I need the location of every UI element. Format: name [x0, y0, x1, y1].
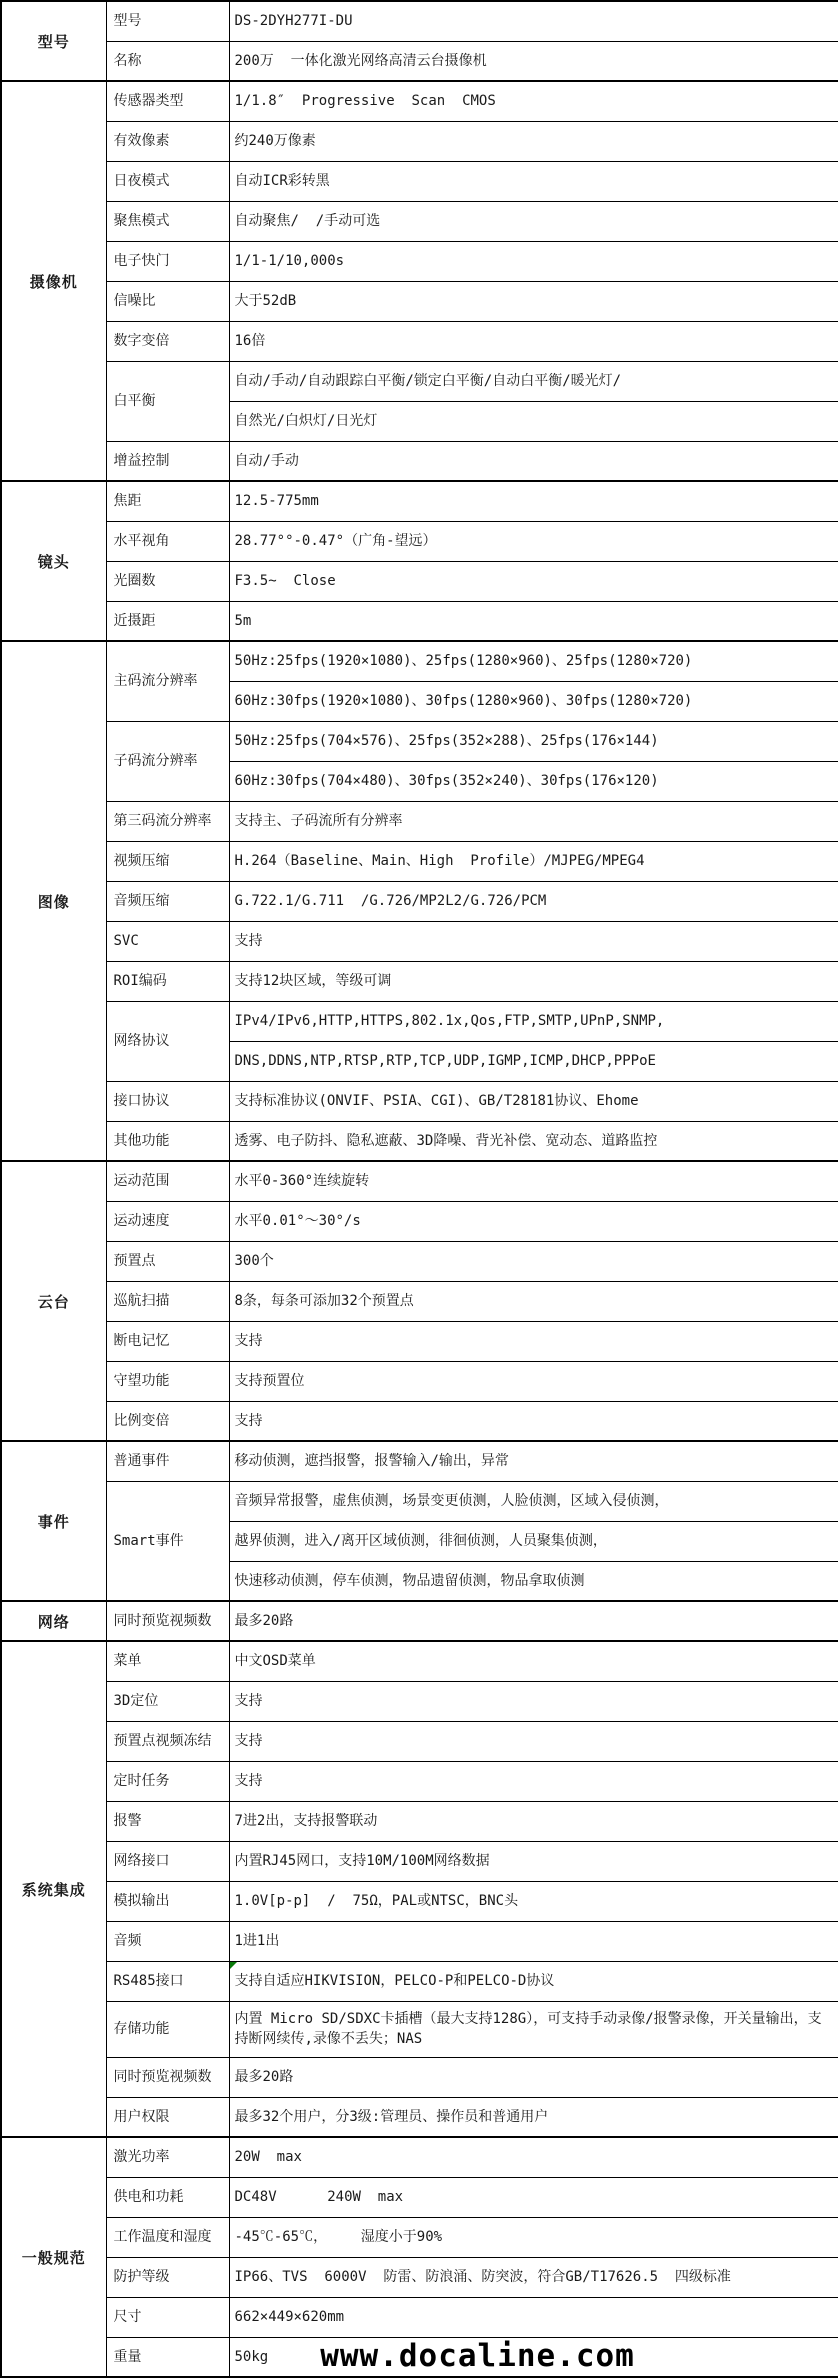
spec-value-cell: 支持 [229, 1761, 838, 1801]
spec-label: 3D定位 [114, 1693, 159, 1709]
category-label: 系统集成 [22, 1881, 86, 1899]
table-row: 报警7进2出，支持报警联动 [1, 1801, 838, 1841]
spec-value-cell: 支持 [229, 1321, 838, 1361]
spec-value: 透雾、电子防抖、隐私遮蔽、3D降噪、背光补偿、宽动态、道路监控 [235, 1131, 658, 1151]
spec-value-cell: DC48V 240W max [229, 2177, 838, 2217]
spec-label-cell: 运动范围 [106, 1161, 229, 1201]
spec-label-cell: 数字变倍 [106, 321, 229, 361]
spec-value: IPv4/IPv6,HTTP,HTTPS,802.1x,Qos,FTP,SMTP… [235, 1011, 665, 1031]
spec-label: 信噪比 [114, 293, 156, 309]
table-row: 运动速度水平0.01°～30°/s [1, 1201, 838, 1241]
spec-label: 日夜模式 [114, 173, 170, 189]
table-row: 尺寸662×449×620mm [1, 2297, 838, 2337]
spec-label-cell: 传感器类型 [106, 81, 229, 121]
spec-label: 报警 [114, 1813, 142, 1829]
spec-value-cell: 支持主、子码流所有分辨率 [229, 801, 838, 841]
table-row: SVC支持 [1, 921, 838, 961]
spec-label: 同时预览视频数 [114, 2069, 212, 2085]
table-row: 聚焦模式自动聚焦/ /手动可选 [1, 201, 838, 241]
spec-label-cell: 白平衡 [106, 361, 229, 441]
spec-value-cell: 透雾、电子防抖、隐私遮蔽、3D降噪、背光补偿、宽动态、道路监控 [229, 1121, 838, 1161]
spec-value: 支持标准协议(ONVIF、PSIA、CGI)、GB/T28181协议、Ehome [235, 1091, 639, 1111]
spec-label: 接口协议 [114, 1093, 170, 1109]
spec-label-cell: 工作温度和湿度 [106, 2217, 229, 2257]
spec-value: 28.77°°-0.47°（广角-望远） [235, 531, 437, 551]
spec-label-cell: 焦距 [106, 481, 229, 521]
table-row: 信噪比大于52dB [1, 281, 838, 321]
spec-value-cell: 50kgwww.docaline.com [229, 2337, 838, 2377]
table-row: 供电和功耗DC48V 240W max [1, 2177, 838, 2217]
spec-label-cell: 尺寸 [106, 2297, 229, 2337]
spec-value: 支持自适应HIKVISION，PELCO-P和PELCO-D协议 [235, 1971, 555, 1991]
spec-value-cell: IPv4/IPv6,HTTP,HTTPS,802.1x,Qos,FTP,SMTP… [229, 1001, 838, 1041]
spec-label: 光圈数 [114, 573, 156, 589]
spec-label: RS485接口 [114, 1973, 184, 1989]
table-row: 3D定位支持 [1, 1681, 838, 1721]
spec-label: 型号 [114, 13, 142, 29]
spec-label-cell: 供电和功耗 [106, 2177, 229, 2217]
spec-label-cell: 存储功能 [106, 2001, 229, 2057]
category-cell: 一般规范 [1, 2137, 106, 2377]
spec-label-cell: 信噪比 [106, 281, 229, 321]
spec-value: 支持12块区域，等级可调 [235, 971, 392, 991]
spec-label-cell: 报警 [106, 1801, 229, 1841]
table-row: 巡航扫描8条，每条可添加32个预置点 [1, 1281, 838, 1321]
category-label: 事件 [38, 1513, 70, 1531]
table-row: 接口协议支持标准协议(ONVIF、PSIA、CGI)、GB/T28181协议、E… [1, 1081, 838, 1121]
spec-label: 巡航扫描 [114, 1293, 170, 1309]
spec-value-cell: 水平0-360°连续旋转 [229, 1161, 838, 1201]
spec-value-cell: 内置 Micro SD/SDXC卡插槽（最大支持128G），可支持手动录像/报警… [229, 2001, 838, 2057]
spec-label: 近摄距 [114, 613, 156, 629]
spec-label: 重量 [114, 2349, 142, 2365]
spec-label: 激光功率 [114, 2149, 170, 2165]
spec-value-cell: 自动/手动 [229, 441, 838, 481]
spec-label: ROI编码 [114, 973, 167, 989]
table-row: 型号型号DS-2DYH277I-DU [1, 1, 838, 41]
spec-value-cell: 最多20路 [229, 2057, 838, 2097]
spec-label-cell: 水平视角 [106, 521, 229, 561]
spec-value: 最多20路 [235, 1611, 294, 1631]
spec-label: 尺寸 [114, 2309, 142, 2325]
table-row: 一般规范激光功率20W max [1, 2137, 838, 2177]
spec-value: 中文OSD菜单 [235, 1651, 316, 1671]
spec-value: 12.5-775mm [235, 491, 319, 511]
spec-value: H.264（Baseline、Main、High Profile）/MJPEG/… [235, 851, 645, 871]
spec-value: 支持 [235, 931, 263, 951]
spec-value-cell: 60Hz:30fps(1920×1080)、30fps(1280×960)、30… [229, 681, 838, 721]
category-cell: 镜头 [1, 481, 106, 641]
table-row: ROI编码支持12块区域，等级可调 [1, 961, 838, 1001]
spec-value: 自动ICR彩转黑 [235, 171, 330, 191]
spec-value-cell: 最多20路 [229, 1601, 838, 1641]
spec-value: 移动侦测，遮挡报警，报警输入/输出，异常 [235, 1451, 509, 1471]
spec-value-cell: 自动ICR彩转黑 [229, 161, 838, 201]
spec-value: 自然光/白炽灯/日光灯 [235, 411, 378, 431]
spec-label: 存储功能 [114, 2021, 170, 2037]
spec-value-cell: 支持标准协议(ONVIF、PSIA、CGI)、GB/T28181协议、Ehome [229, 1081, 838, 1121]
spec-label: 聚焦模式 [114, 213, 170, 229]
spec-label: 用户权限 [114, 2109, 170, 2125]
spec-value-cell: 200万 一体化激光网络高清云台摄像机 [229, 41, 838, 81]
spec-label-cell: 其他功能 [106, 1121, 229, 1161]
spec-value-cell: 支持预置位 [229, 1361, 838, 1401]
spec-value-cell: 支持自适应HIKVISION，PELCO-P和PELCO-D协议 [229, 1961, 838, 2001]
category-cell: 图像 [1, 641, 106, 1161]
spec-label: 视频压缩 [114, 853, 170, 869]
spec-value: 音频异常报警，虚焦侦测，场景变更侦测，人脸侦测，区域入侵侦测， [235, 1491, 669, 1511]
spec-value-cell: 支持 [229, 1721, 838, 1761]
table-row: 数字变倍16倍 [1, 321, 838, 361]
spec-label: Smart事件 [114, 1533, 184, 1549]
spec-label: 水平视角 [114, 533, 170, 549]
table-row: 比例变倍支持 [1, 1401, 838, 1441]
spec-value: 支持 [235, 1331, 263, 1351]
table-row: 守望功能支持预置位 [1, 1361, 838, 1401]
spec-label-cell: 视频压缩 [106, 841, 229, 881]
table-row: 增益控制自动/手动 [1, 441, 838, 481]
spec-label: 音频 [114, 1933, 142, 1949]
table-row: 预置点视频冻结支持 [1, 1721, 838, 1761]
table-row: 重量50kgwww.docaline.com [1, 2337, 838, 2377]
spec-value: 300个 [235, 1251, 274, 1271]
table-row: RS485接口支持自适应HIKVISION，PELCO-P和PELCO-D协议 [1, 1961, 838, 2001]
spec-label-cell: 有效像素 [106, 121, 229, 161]
spec-value: 内置 Micro SD/SDXC卡插槽（最大支持128G），可支持手动录像/报警… [235, 2009, 833, 2050]
spec-value: -45℃-65℃， 湿度小于90% [235, 2227, 443, 2247]
table-row: 模拟输出1.0V[p-p] / 75Ω，PAL或NTSC，BNC头 [1, 1881, 838, 1921]
spec-label: 工作温度和湿度 [114, 2229, 212, 2245]
spec-value-cell: 水平0.01°～30°/s [229, 1201, 838, 1241]
spec-label-cell: 名称 [106, 41, 229, 81]
spec-value: G.722.1/G.711 /G.726/MP2L2/G.726/PCM [235, 891, 547, 911]
spec-label: 防护等级 [114, 2269, 170, 2285]
spec-value-cell: 移动侦测，遮挡报警，报警输入/输出，异常 [229, 1441, 838, 1481]
spec-value: 自动/手动/自动跟踪白平衡/锁定白平衡/自动白平衡/暖光灯/ [235, 371, 622, 391]
category-label: 云台 [38, 1293, 70, 1311]
spec-label-cell: 预置点 [106, 1241, 229, 1281]
table-row: 网络同时预览视频数最多20路 [1, 1601, 838, 1641]
spec-label-cell: 预置点视频冻结 [106, 1721, 229, 1761]
spec-value: 7进2出，支持报警联动 [235, 1811, 378, 1831]
table-row: 第三码流分辨率支持主、子码流所有分辨率 [1, 801, 838, 841]
spec-value-cell: H.264（Baseline、Main、High Profile）/MJPEG/… [229, 841, 838, 881]
table-row: 工作温度和湿度-45℃-65℃， 湿度小于90% [1, 2217, 838, 2257]
category-cell: 事件 [1, 1441, 106, 1601]
spec-label-cell: 守望功能 [106, 1361, 229, 1401]
spec-label: 名称 [114, 53, 142, 69]
spec-label: 守望功能 [114, 1373, 170, 1389]
category-cell: 云台 [1, 1161, 106, 1441]
category-label: 图像 [38, 893, 70, 911]
spec-label-cell: ROI编码 [106, 961, 229, 1001]
spec-label-cell: 菜单 [106, 1641, 229, 1681]
spec-table: 型号型号DS-2DYH277I-DU名称200万 一体化激光网络高清云台摄像机摄… [0, 0, 838, 2378]
spec-value-cell: 16倍 [229, 321, 838, 361]
spec-value: 最多32个用户，分3级:管理员、操作员和普通用户 [235, 2107, 549, 2127]
spec-value-cell: 662×449×620mm [229, 2297, 838, 2337]
spec-value: 最多20路 [235, 2067, 294, 2087]
spec-label-cell: 网络协议 [106, 1001, 229, 1081]
spec-label-cell: 音频压缩 [106, 881, 229, 921]
spec-label: 网络接口 [114, 1853, 170, 1869]
spec-value-cell: 7进2出，支持报警联动 [229, 1801, 838, 1841]
table-row: 近摄距5m [1, 601, 838, 641]
spec-value-cell: 越界侦测，进入/离开区域侦测，徘徊侦测，人员聚集侦测， [229, 1521, 838, 1561]
spec-value: 5m [235, 611, 252, 631]
spec-label-cell: 电子快门 [106, 241, 229, 281]
spec-label-cell: 断电记忆 [106, 1321, 229, 1361]
spec-label-cell: 用户权限 [106, 2097, 229, 2137]
table-row: 视频压缩H.264（Baseline、Main、High Profile）/MJ… [1, 841, 838, 881]
spec-value-cell: 5m [229, 601, 838, 641]
spec-value-cell: 最多32个用户，分3级:管理员、操作员和普通用户 [229, 2097, 838, 2137]
spec-value-cell: 快速移动侦测，停车侦测，物品遗留侦测，物品拿取侦测 [229, 1561, 838, 1601]
spec-value: 1.0V[p-p] / 75Ω，PAL或NTSC，BNC头 [235, 1891, 519, 1911]
spec-value-cell: 自动/手动/自动跟踪白平衡/锁定白平衡/自动白平衡/暖光灯/ [229, 361, 838, 401]
spec-value: 662×449×620mm [235, 2307, 345, 2327]
spec-value: 8条，每条可添加32个预置点 [235, 1291, 414, 1311]
spec-label: 增益控制 [114, 453, 170, 469]
spec-value-cell: 50Hz:25fps(1920×1080)、25fps(1280×960)、25… [229, 641, 838, 681]
spec-value-cell: 支持12块区域，等级可调 [229, 961, 838, 1001]
spec-value-cell: 1/1.8″ Progressive Scan CMOS [229, 81, 838, 121]
spec-value-cell: 50Hz:25fps(704×576)、25fps(352×288)、25fps… [229, 721, 838, 761]
spec-label: 主码流分辨率 [114, 673, 198, 689]
table-row: 水平视角28.77°°-0.47°（广角-望远） [1, 521, 838, 561]
table-row: 子码流分辨率50Hz:25fps(704×576)、25fps(352×288)… [1, 721, 838, 761]
spec-value-cell: 支持 [229, 1681, 838, 1721]
spec-label-cell: 重量 [106, 2337, 229, 2377]
table-row: 音频压缩G.722.1/G.711 /G.726/MP2L2/G.726/PCM [1, 881, 838, 921]
spec-value: 60Hz:30fps(1920×1080)、30fps(1280×960)、30… [235, 691, 693, 711]
spec-value-cell: 8条，每条可添加32个预置点 [229, 1281, 838, 1321]
spec-label: 电子快门 [114, 253, 170, 269]
spec-label-cell: 模拟输出 [106, 1881, 229, 1921]
category-label: 网络 [38, 1613, 70, 1631]
spec-value-cell: 自然光/白炽灯/日光灯 [229, 401, 838, 441]
category-cell: 型号 [1, 1, 106, 81]
table-row: 定时任务支持 [1, 1761, 838, 1801]
spec-value: DS-2DYH277I-DU [235, 11, 353, 31]
spec-label-cell: 增益控制 [106, 441, 229, 481]
spec-label-cell: 近摄距 [106, 601, 229, 641]
spec-value: 约240万像素 [235, 131, 316, 151]
spec-value: 支持预置位 [235, 1371, 305, 1391]
spec-label-cell: 第三码流分辨率 [106, 801, 229, 841]
spec-label: 运动范围 [114, 1173, 170, 1189]
table-row: 其他功能透雾、电子防抖、隐私遮蔽、3D降噪、背光补偿、宽动态、道路监控 [1, 1121, 838, 1161]
spec-label-cell: Smart事件 [106, 1481, 229, 1601]
spec-value-cell: 支持 [229, 1401, 838, 1441]
table-row: 光圈数F3.5~ Close [1, 561, 838, 601]
category-label: 摄像机 [30, 273, 78, 291]
category-label: 镜头 [38, 553, 70, 571]
spec-value: 支持 [235, 1691, 263, 1711]
spec-label: 同时预览视频数 [114, 1613, 212, 1629]
spec-label: 模拟输出 [114, 1893, 170, 1909]
spec-label: 普通事件 [114, 1453, 170, 1469]
table-row: 摄像机传感器类型1/1.8″ Progressive Scan CMOS [1, 81, 838, 121]
spec-value-cell: 内置RJ45网口，支持10M/100M网络数据 [229, 1841, 838, 1881]
spec-label-cell: 音频 [106, 1921, 229, 1961]
spec-value: 200万 一体化激光网络高清云台摄像机 [235, 51, 487, 71]
table-row: 用户权限最多32个用户，分3级:管理员、操作员和普通用户 [1, 2097, 838, 2137]
spec-value: 1/1-1/10,000s [235, 251, 345, 271]
spec-value-cell: 60Hz:30fps(704×480)、30fps(352×240)、30fps… [229, 761, 838, 801]
spec-value-cell: 1.0V[p-p] / 75Ω，PAL或NTSC，BNC头 [229, 1881, 838, 1921]
spec-label-cell: 定时任务 [106, 1761, 229, 1801]
spec-label: 传感器类型 [114, 93, 184, 109]
watermark: www.docaline.com [320, 2341, 635, 2372]
spec-label-cell: 主码流分辨率 [106, 641, 229, 721]
table-row: 日夜模式自动ICR彩转黑 [1, 161, 838, 201]
spec-value-cell: 音频异常报警，虚焦侦测，场景变更侦测，人脸侦测，区域入侵侦测， [229, 1481, 838, 1521]
spec-label-cell: 同时预览视频数 [106, 1601, 229, 1641]
spec-label: 其他功能 [114, 1133, 170, 1149]
spec-label: 定时任务 [114, 1773, 170, 1789]
table-row: 白平衡自动/手动/自动跟踪白平衡/锁定白平衡/自动白平衡/暖光灯/ [1, 361, 838, 401]
spec-value-cell: G.722.1/G.711 /G.726/MP2L2/G.726/PCM [229, 881, 838, 921]
spec-label: 供电和功耗 [114, 2189, 184, 2205]
category-label: 一般规范 [22, 2249, 86, 2267]
table-row: 图像主码流分辨率50Hz:25fps(1920×1080)、25fps(1280… [1, 641, 838, 681]
spec-label: 网络协议 [114, 1033, 170, 1049]
spec-label-cell: 3D定位 [106, 1681, 229, 1721]
table-row: 云台运动范围水平0-360°连续旋转 [1, 1161, 838, 1201]
spec-value: 支持 [235, 1771, 263, 1791]
spec-value-cell: 1/1-1/10,000s [229, 241, 838, 281]
spec-value: IP66、TVS 6000V 防雷、防浪涌、防突波，符合GB/T17626.5 … [235, 2267, 731, 2287]
spec-label: 菜单 [114, 1653, 142, 1669]
spec-label-cell: SVC [106, 921, 229, 961]
spec-value: 水平0-360°连续旋转 [235, 1171, 370, 1191]
spec-value: 快速移动侦测，停车侦测，物品遗留侦测，物品拿取侦测 [235, 1571, 585, 1591]
spec-value: 大于52dB [235, 291, 297, 311]
spec-label: 音频压缩 [114, 893, 170, 909]
spec-label-cell: 接口协议 [106, 1081, 229, 1121]
spec-value: 20W max [235, 2147, 302, 2167]
spec-value-cell: IP66、TVS 6000V 防雷、防浪涌、防突波，符合GB/T17626.5 … [229, 2257, 838, 2297]
spec-value: 自动/手动 [235, 451, 299, 471]
spec-value: 50Hz:25fps(704×576)、25fps(352×288)、25fps… [235, 731, 659, 751]
table-row: 系统集成菜单中文OSD菜单 [1, 1641, 838, 1681]
spec-value: 内置RJ45网口，支持10M/100M网络数据 [235, 1851, 490, 1871]
spec-label: 数字变倍 [114, 333, 170, 349]
spec-value: 越界侦测，进入/离开区域侦测，徘徊侦测，人员聚集侦测， [235, 1531, 607, 1551]
spec-value-cell: 中文OSD菜单 [229, 1641, 838, 1681]
spec-label-cell: RS485接口 [106, 1961, 229, 2001]
spec-value: DC48V 240W max [235, 2187, 404, 2207]
spec-value-cell: 12.5-775mm [229, 481, 838, 521]
spec-value: F3.5~ Close [235, 571, 336, 591]
spec-value: 水平0.01°～30°/s [235, 1211, 361, 1231]
table-row: 网络协议IPv4/IPv6,HTTP,HTTPS,802.1x,Qos,FTP,… [1, 1001, 838, 1041]
spec-value-cell: -45℃-65℃， 湿度小于90% [229, 2217, 838, 2257]
spec-label: 比例变倍 [114, 1413, 170, 1429]
spec-label-cell: 光圈数 [106, 561, 229, 601]
table-row: 电子快门1/1-1/10,000s [1, 241, 838, 281]
table-row: Smart事件音频异常报警，虚焦侦测，场景变更侦测，人脸侦测，区域入侵侦测， [1, 1481, 838, 1521]
spec-label: 白平衡 [114, 393, 156, 409]
table-row: 存储功能内置 Micro SD/SDXC卡插槽（最大支持128G），可支持手动录… [1, 2001, 838, 2057]
table-row: 名称200万 一体化激光网络高清云台摄像机 [1, 41, 838, 81]
table-row: 音频1进1出 [1, 1921, 838, 1961]
spec-label-cell: 比例变倍 [106, 1401, 229, 1441]
table-row: 预置点300个 [1, 1241, 838, 1281]
spec-value: 1/1.8″ Progressive Scan CMOS [235, 91, 496, 111]
spec-value-cell: DS-2DYH277I-DU [229, 1, 838, 41]
spec-value: 自动聚焦/ /手动可选 [235, 211, 381, 231]
spec-value: 1进1出 [235, 1931, 280, 1951]
spec-value: 50Hz:25fps(1920×1080)、25fps(1280×960)、25… [235, 651, 693, 671]
spec-label-cell: 子码流分辨率 [106, 721, 229, 801]
spec-label: 预置点 [114, 1253, 156, 1269]
spec-value: 60Hz:30fps(704×480)、30fps(352×240)、30fps… [235, 771, 659, 791]
spec-label: 预置点视频冻结 [114, 1733, 212, 1749]
spec-label: 运动速度 [114, 1213, 170, 1229]
spec-value-cell: 20W max [229, 2137, 838, 2177]
spec-label-cell: 型号 [106, 1, 229, 41]
spec-label-cell: 激光功率 [106, 2137, 229, 2177]
table-row: 断电记忆支持 [1, 1321, 838, 1361]
spec-value-cell: 自动聚焦/ /手动可选 [229, 201, 838, 241]
spec-value: 16倍 [235, 331, 266, 351]
comment-marker-icon [230, 1962, 237, 1969]
spec-label-cell: 网络接口 [106, 1841, 229, 1881]
spec-label-cell: 聚焦模式 [106, 201, 229, 241]
spec-label-cell: 防护等级 [106, 2257, 229, 2297]
spec-label: 焦距 [114, 493, 142, 509]
spec-label-cell: 日夜模式 [106, 161, 229, 201]
category-cell: 网络 [1, 1601, 106, 1641]
category-cell: 摄像机 [1, 81, 106, 481]
spec-value: 支持 [235, 1731, 263, 1751]
spec-value: DNS,DDNS,NTP,RTSP,RTP,TCP,UDP,IGMP,ICMP,… [235, 1051, 656, 1071]
category-cell: 系统集成 [1, 1641, 106, 2137]
spec-label: 有效像素 [114, 133, 170, 149]
spec-value-cell: 28.77°°-0.47°（广角-望远） [229, 521, 838, 561]
spec-value: 50kg [235, 2347, 269, 2367]
spec-label-cell: 普通事件 [106, 1441, 229, 1481]
spec-value-cell: 支持 [229, 921, 838, 961]
table-row: 防护等级IP66、TVS 6000V 防雷、防浪涌、防突波，符合GB/T1762… [1, 2257, 838, 2297]
category-label: 型号 [38, 33, 70, 51]
table-row: 有效像素约240万像素 [1, 121, 838, 161]
spec-value-cell: 300个 [229, 1241, 838, 1281]
table-row: 网络接口内置RJ45网口，支持10M/100M网络数据 [1, 1841, 838, 1881]
spec-value-cell: 1进1出 [229, 1921, 838, 1961]
spec-value: 支持 [235, 1411, 263, 1431]
spec-value-cell: F3.5~ Close [229, 561, 838, 601]
table-row: 事件普通事件移动侦测，遮挡报警，报警输入/输出，异常 [1, 1441, 838, 1481]
spec-label-cell: 运动速度 [106, 1201, 229, 1241]
spec-label-cell: 巡航扫描 [106, 1281, 229, 1321]
spec-label: 断电记忆 [114, 1333, 170, 1349]
spec-value-cell: 约240万像素 [229, 121, 838, 161]
spec-label: SVC [114, 933, 139, 949]
spec-label: 第三码流分辨率 [114, 813, 212, 829]
table-row: 镜头焦距12.5-775mm [1, 481, 838, 521]
spec-value-cell: DNS,DDNS,NTP,RTSP,RTP,TCP,UDP,IGMP,ICMP,… [229, 1041, 838, 1081]
spec-label: 子码流分辨率 [114, 753, 198, 769]
spec-label-cell: 同时预览视频数 [106, 2057, 229, 2097]
table-row: 同时预览视频数最多20路 [1, 2057, 838, 2097]
spec-value-cell: 大于52dB [229, 281, 838, 321]
spec-value: 支持主、子码流所有分辨率 [235, 811, 403, 831]
